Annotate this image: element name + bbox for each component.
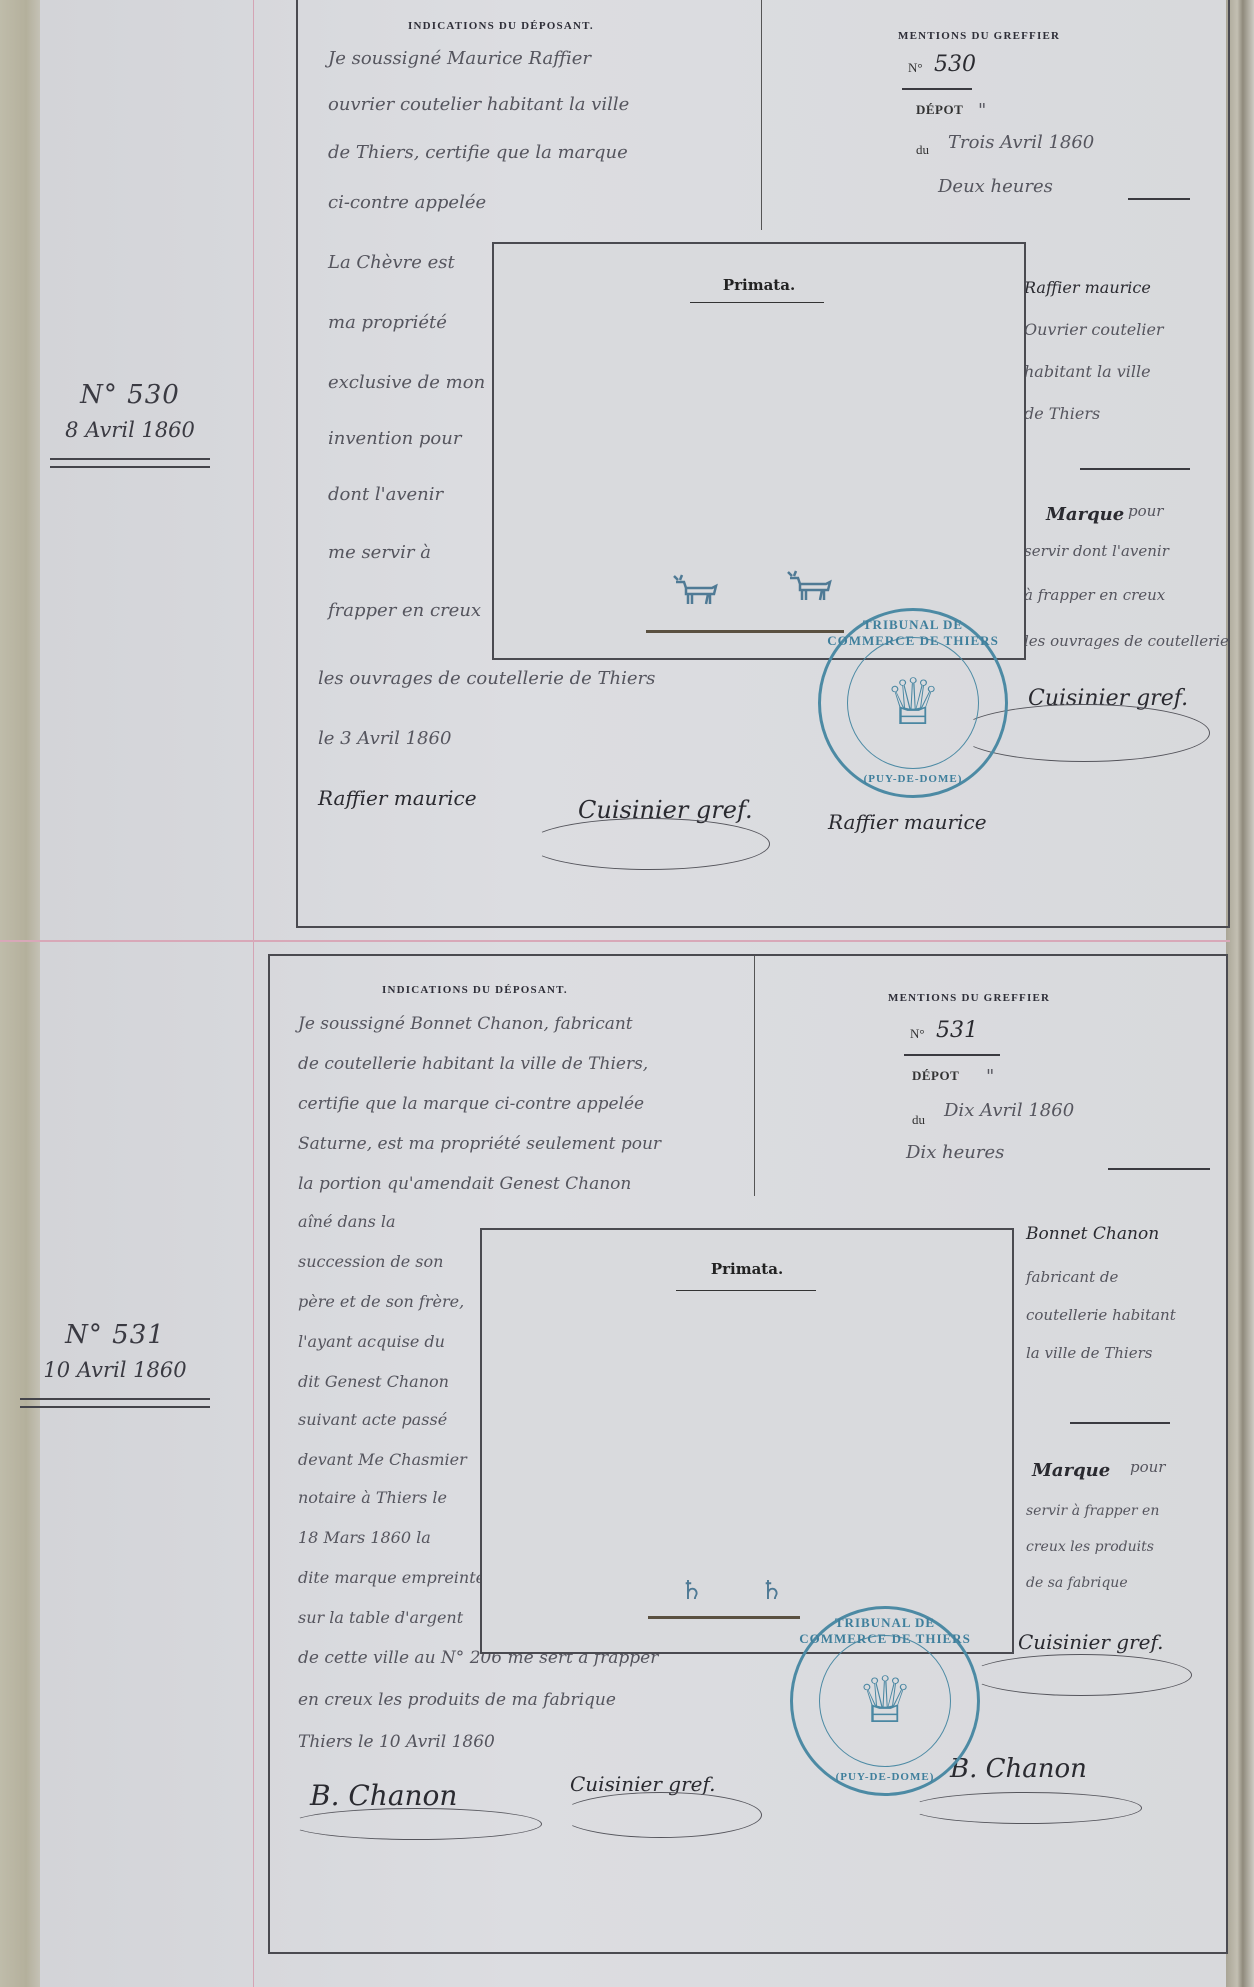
marque-heading: Marque <box>1032 1462 1110 1480</box>
deposant-line: le 3 Avril 1860 <box>318 730 451 748</box>
deposant-line: ouvrier coutelier habitant la ville <box>328 96 629 114</box>
deposant-line: de Thiers, certifie que la marque <box>328 144 628 162</box>
depositor-line: de Thiers <box>1024 406 1100 422</box>
marque-line: pour <box>1128 504 1163 519</box>
deposant-signature: B. Chanon <box>310 1782 457 1810</box>
clerk-signature: Cuisinier gref. <box>570 1774 716 1794</box>
deposant-line: exclusive de mon <box>328 374 485 392</box>
signature-flourish <box>290 1808 542 1840</box>
double-underline <box>20 1398 210 1408</box>
signature-flourish <box>528 818 770 870</box>
marque-line: creux les produits <box>1026 1540 1154 1554</box>
title-underline <box>690 302 824 303</box>
mark-box-530: Primata. <box>492 242 1026 660</box>
imperial-eagle-icon: ♕ <box>884 671 941 735</box>
mark-box-title: Primata. <box>494 276 1024 294</box>
book-binding-left <box>0 0 44 1987</box>
header-deposant: INDICATIONS DU DÉPOSANT. <box>408 20 594 32</box>
marque-line: à frapper en creux <box>1024 588 1165 603</box>
stamp-text-top: TRIBUNAL DE COMMERCE DE THIERS <box>821 617 1005 649</box>
deposant-line: aîné dans la <box>298 1214 396 1230</box>
deposant-line: dit Genest Chanon <box>298 1374 449 1390</box>
marque-line: servir dont l'avenir <box>1024 544 1169 559</box>
hour-underline <box>1108 1168 1210 1170</box>
margin-number: N° 530 <box>40 380 220 410</box>
goat-icon <box>784 570 838 609</box>
margin-rule-horizontal <box>0 940 1230 942</box>
column-divider <box>754 956 755 1196</box>
signature-flourish <box>970 1654 1192 1696</box>
tribunal-stamp: TRIBUNAL DE COMMERCE DE THIERS ♕ (PUY-DE… <box>790 1606 980 1796</box>
saturn-symbol-icon: ♄ <box>680 1576 703 1606</box>
margin-entry-531: N° 531 10 Avril 1860 <box>20 1320 210 1408</box>
deposit-hour: Dix heures <box>906 1144 1004 1162</box>
double-underline <box>50 458 210 468</box>
deposant-line: en creux les produits de ma fabrique <box>298 1692 616 1709</box>
deposant-line: l'ayant acquise du <box>298 1334 445 1350</box>
deposant-line: Je soussigné Bonnet Chanon, fabricant <box>298 1016 633 1033</box>
header-greffier: MENTIONS DU GREFFIER <box>888 992 1050 1004</box>
deposant-line: frapper en creux <box>328 602 481 620</box>
depositor-line: Ouvrier coutelier <box>1024 322 1164 338</box>
deposant-line: ma propriété <box>328 314 447 332</box>
stamp-text-top: TRIBUNAL DE COMMERCE DE THIERS <box>793 1615 977 1647</box>
deposant-line: succession de son <box>298 1254 443 1270</box>
number-label: N° <box>910 1026 925 1042</box>
deposant-line: devant Me Chasmier <box>298 1452 467 1468</box>
depositor-line: coutellerie habitant <box>1026 1308 1176 1323</box>
deposit-hour: Deux heures <box>938 178 1053 196</box>
deposant-line: Je soussigné Maurice Raffier <box>328 50 591 68</box>
mark-baseline <box>646 630 844 633</box>
deposit-date: Trois Avril 1860 <box>948 134 1094 152</box>
deposant-line: me servir à <box>328 544 431 562</box>
signature-flourish <box>910 1792 1142 1824</box>
margin-number: N° 531 <box>20 1320 210 1350</box>
mark-box-title: Primata. <box>482 1260 1012 1278</box>
goat-icon <box>670 574 724 613</box>
margin-date: 10 Avril 1860 <box>20 1358 210 1382</box>
hour-underline <box>1128 198 1190 200</box>
title-underline <box>676 1290 816 1291</box>
deposant-signature-greffier: Raffier maurice <box>828 812 987 832</box>
deposant-line: dont l'avenir <box>328 486 443 504</box>
margin-date: 8 Avril 1860 <box>40 418 220 442</box>
deposant-line: ci-contre appelée <box>328 194 486 212</box>
deposant-line: invention pour <box>328 430 461 448</box>
header-deposant: INDICATIONS DU DÉPOSANT. <box>382 984 568 996</box>
signature-flourish <box>560 1792 762 1838</box>
margin-entry-530: N° 530 8 Avril 1860 <box>40 380 220 468</box>
deposant-line: les ouvrages de coutellerie de Thiers <box>318 670 655 688</box>
depot-mark: " <box>986 1068 994 1086</box>
imperial-eagle-icon: ♕ <box>856 1669 913 1733</box>
number-underline <box>902 88 972 90</box>
number-label: N° <box>908 60 923 76</box>
saturn-symbol-icon: ♄ <box>760 1576 783 1606</box>
deposant-line: père et de son frère, <box>298 1294 464 1310</box>
deposant-line: dite marque empreinte <box>298 1570 485 1586</box>
deposant-line: sur la table d'argent <box>298 1610 463 1626</box>
deposant-line: La Chèvre est <box>328 254 455 272</box>
section-divider <box>1070 1422 1170 1424</box>
deposant-line: certifie que la marque ci-contre appelée <box>298 1096 644 1113</box>
deposant-line: Saturne, est ma propriété seulement pour <box>298 1136 661 1153</box>
column-divider <box>761 0 762 230</box>
clerk-signature-greffier: Cuisinier gref. <box>1018 1632 1164 1652</box>
marque-line: servir à frapper en <box>1026 1504 1159 1518</box>
deposant-line: Thiers le 10 Avril 1860 <box>298 1734 495 1751</box>
mark-box-531: Primata. ♄ ♄ <box>480 1228 1014 1654</box>
mark-baseline <box>648 1616 800 1619</box>
deposant-line: de coutellerie habitant la ville de Thie… <box>298 1056 648 1073</box>
deposant-line: la portion qu'amendait Genest Chanon <box>298 1176 631 1193</box>
deposit-number: 531 <box>936 1020 978 1042</box>
depositor-name: Bonnet Chanon <box>1026 1226 1159 1243</box>
stamp-text-bottom: (PUY-DE-DOME) <box>821 773 1005 785</box>
stamp-text-bottom: (PUY-DE-DOME) <box>793 1771 977 1783</box>
du-label: du <box>912 1112 925 1128</box>
depositor-line: habitant la ville <box>1024 364 1151 380</box>
deposit-number: 530 <box>934 54 976 76</box>
marque-line: pour <box>1130 1460 1165 1475</box>
marque-heading: Marque <box>1046 506 1124 524</box>
section-divider <box>1080 468 1190 470</box>
deposant-line: suivant acte passé <box>298 1412 447 1428</box>
header-greffier: MENTIONS DU GREFFIER <box>898 30 1060 42</box>
deposant-signature: Raffier maurice <box>318 788 477 808</box>
deposant-line: 18 Mars 1860 la <box>298 1530 431 1546</box>
tribunal-stamp: TRIBUNAL DE COMMERCE DE THIERS ♕ (PUY-DE… <box>818 608 1008 798</box>
number-underline <box>904 1054 1000 1056</box>
depot-mark: " <box>978 102 986 120</box>
marque-line: les ouvrages de coutellerie <box>1024 634 1229 649</box>
margin-rule-vertical <box>253 0 254 1987</box>
depot-label: DÉPOT <box>912 1068 959 1084</box>
du-label: du <box>916 142 929 158</box>
marque-line: de sa fabrique <box>1026 1576 1128 1590</box>
depositor-line: la ville de Thiers <box>1026 1346 1152 1361</box>
depositor-line: fabricant de <box>1026 1270 1118 1285</box>
deposant-line: notaire à Thiers le <box>298 1490 447 1506</box>
deposit-date: Dix Avril 1860 <box>944 1102 1074 1120</box>
depositor-name: Raffier maurice <box>1024 280 1151 296</box>
depot-label: DÉPOT <box>916 102 963 118</box>
book-binding-right <box>1226 0 1254 1987</box>
